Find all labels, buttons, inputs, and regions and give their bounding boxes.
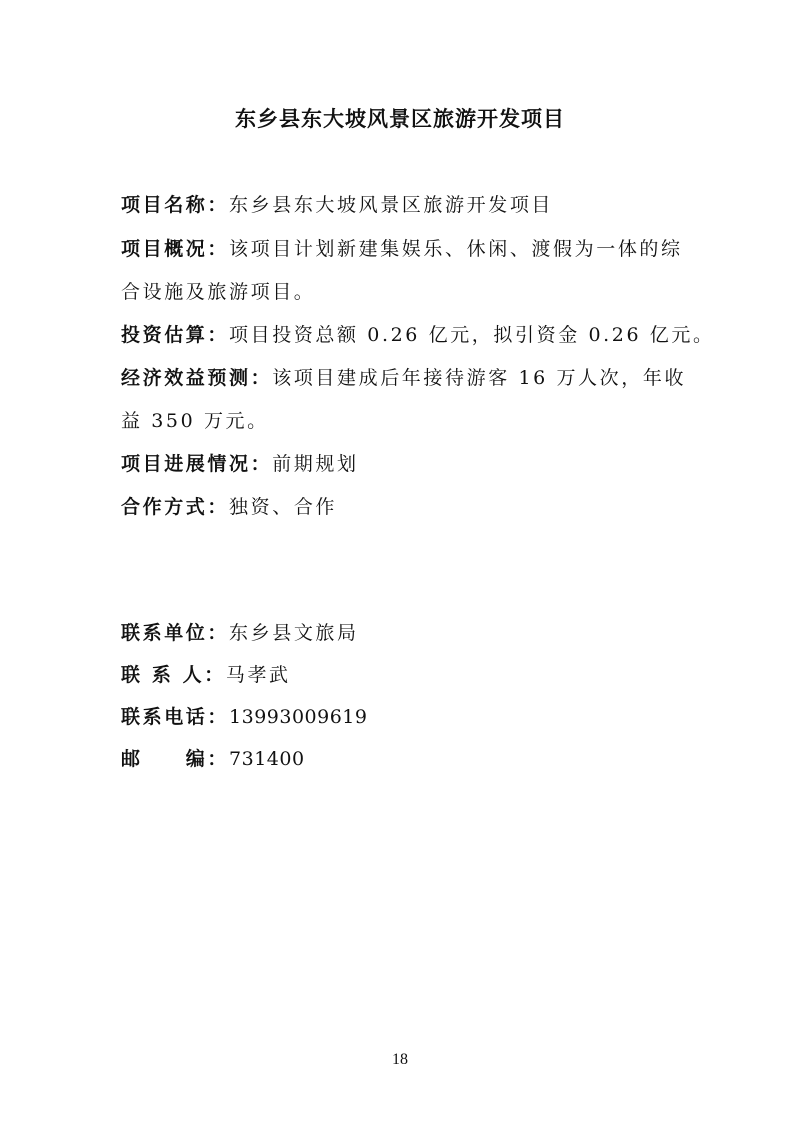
field-value: 独资、合作 — [229, 496, 337, 518]
field-value: 项目投资总额 0.26 亿元，拟引资金 0.26 亿元。 — [229, 324, 715, 346]
field-label: 项目概况： — [121, 238, 229, 260]
field-project-name: 项目名称：东乡县东大坡风景区旅游开发项目 — [121, 190, 553, 217]
field-value: 该项目建成后年接待游客 16 万人次，年收 — [272, 367, 686, 389]
page-number: 18 — [0, 1051, 800, 1069]
contact-phone: 联系电话：13993009619 — [121, 702, 368, 729]
field-label: 经济效益预测： — [121, 367, 272, 389]
field-project-progress: 项目进展情况：前期规划 — [121, 449, 359, 476]
field-value-continuation: 益 350 万元。 — [121, 410, 269, 432]
contact-value: 东乡县文旅局 — [229, 622, 359, 644]
field-investment-estimate: 投资估算：项目投资总额 0.26 亿元，拟引资金 0.26 亿元。 — [121, 320, 715, 347]
field-label: 项目进展情况： — [121, 453, 272, 475]
field-project-overview: 项目概况：该项目计划新建集娱乐、休闲、渡假为一体的综 — [121, 234, 683, 261]
field-economic-benefit: 经济效益预测：该项目建成后年接待游客 16 万人次，年收 — [121, 363, 686, 390]
field-project-overview-continued: 合设施及旅游项目。 — [121, 277, 315, 304]
contact-postcode: 邮 编：731400 — [121, 744, 305, 771]
contact-label: 邮 编： — [121, 748, 229, 770]
contact-person: 联 系 人：马孝武 — [121, 660, 291, 687]
field-label: 投资估算： — [121, 324, 229, 346]
field-economic-benefit-continued: 益 350 万元。 — [121, 406, 269, 433]
contact-value: 马孝武 — [226, 664, 291, 686]
field-value: 东乡县东大坡风景区旅游开发项目 — [229, 194, 553, 216]
contact-label: 联 系 人： — [121, 664, 226, 686]
field-value: 该项目计划新建集娱乐、休闲、渡假为一体的综 — [229, 238, 683, 260]
contact-label: 联系单位： — [121, 622, 229, 644]
contact-label: 联系电话： — [121, 706, 229, 728]
field-cooperation-mode: 合作方式：独资、合作 — [121, 492, 337, 519]
contact-unit: 联系单位：东乡县文旅局 — [121, 618, 359, 645]
contact-value: 13993009619 — [229, 706, 367, 728]
field-label: 项目名称： — [121, 194, 229, 216]
field-value-continuation: 合设施及旅游项目。 — [121, 281, 315, 303]
document-title: 东乡县东大坡风景区旅游开发项目 — [0, 103, 800, 133]
field-value: 前期规划 — [272, 453, 358, 475]
contact-value: 731400 — [229, 748, 305, 770]
field-label: 合作方式： — [121, 496, 229, 518]
